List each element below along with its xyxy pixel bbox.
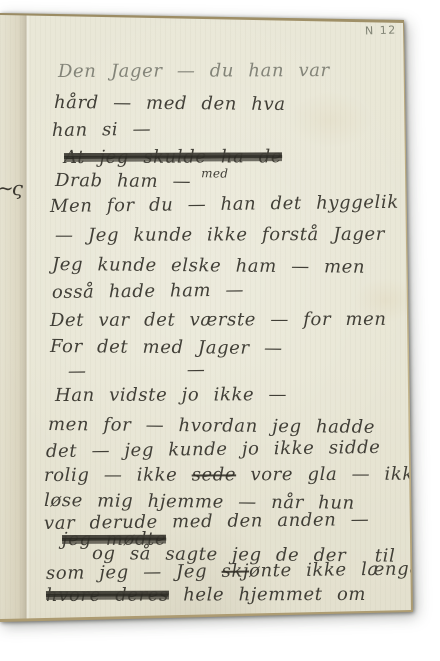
handwriting-segment: — Jeg kunde ikke forstå Jager [55, 224, 385, 246]
handwritten-line: Men for du — han det hyggelik [50, 193, 399, 217]
struck-word: sede [192, 464, 237, 485]
handwritten-text: Den Jager — du han varhård — med den hva… [0, 0, 440, 661]
crossed-out-text: hvore deres [46, 585, 169, 606]
handwritten-line: som jeg — Jeg skjønte ikke længer [46, 559, 430, 584]
handwritten-line: Jeg kunde elske ham — men [52, 255, 365, 278]
handwritten-line: — Jeg kunde ikke forstå Jager [55, 225, 385, 246]
handwriting-segment: rolig — ikke [44, 464, 192, 486]
struck-word: skj [221, 561, 249, 582]
handwritten-line: osså hade ham — [52, 281, 244, 303]
handwriting-segment: For det med Jager — [50, 336, 283, 359]
handwritten-line: Han vidste jo ikke — [55, 385, 287, 406]
handwriting-segment: Den Jager — du han var [58, 60, 330, 82]
handwriting-segment: det — jeg kunde jo ikke sidde [46, 437, 381, 462]
handwritten-line: — — [68, 360, 206, 382]
handwriting-segment: ønte ikke længer [249, 558, 430, 581]
paper-shadow: N 12 ∼ς Den Jager — du han varhård — med… [0, 0, 440, 661]
handwriting-segment: hele hjemmet om [169, 584, 366, 606]
handwritten-line: Den Jager — du han var [58, 61, 330, 82]
inserted-word: med [201, 166, 228, 180]
handwriting-segment: — — [68, 359, 206, 382]
handwritten-line: hård — med den hva [54, 93, 286, 115]
handwriting-segment: Jeg kunde elske ham — men [52, 254, 365, 278]
handwriting-segment: Men for du — han det hyggelik [50, 192, 399, 217]
handwriting-segment: han si — [52, 119, 151, 141]
handwritten-line: han si — [52, 120, 151, 141]
manuscript-page: N 12 ∼ς Den Jager — du han varhård — med… [0, 0, 440, 661]
handwriting-segment: hård — med den hva [54, 92, 286, 115]
handwritten-line: For det med Jager — [50, 337, 283, 359]
handwritten-line: men for — hvordan jeg hadde [48, 415, 375, 438]
handwriting-segment: Det var det værste — for men [50, 309, 387, 331]
handwritten-line: hvore deres hele hjemmet om [46, 585, 366, 606]
handwriting-segment: vore gla — ikk [236, 464, 414, 486]
handwriting-segment: som jeg — Jeg [46, 561, 222, 584]
handwriting-segment: osså hade ham — [52, 280, 244, 303]
handwritten-line: det — jeg kunde jo ikke sidde [46, 438, 381, 462]
handwritten-line: At jeg skulde ha de [64, 147, 282, 168]
handwriting-segment: Drab ham — [55, 170, 191, 192]
handwriting-segment: Han vidste jo ikke — [55, 384, 287, 406]
photo-background: N 12 ∼ς Den Jager — du han varhård — med… [0, 0, 440, 661]
handwriting-segment: men for — hvordan jeg hadde [48, 414, 375, 438]
handwritten-line: Det var det værste — for men [50, 310, 387, 331]
handwritten-line: Drab ham —med [55, 171, 228, 194]
handwritten-line: rolig — ikke sede vore gla — ikk [44, 465, 414, 486]
crossed-out-text: At jeg skulde ha de [64, 146, 282, 168]
